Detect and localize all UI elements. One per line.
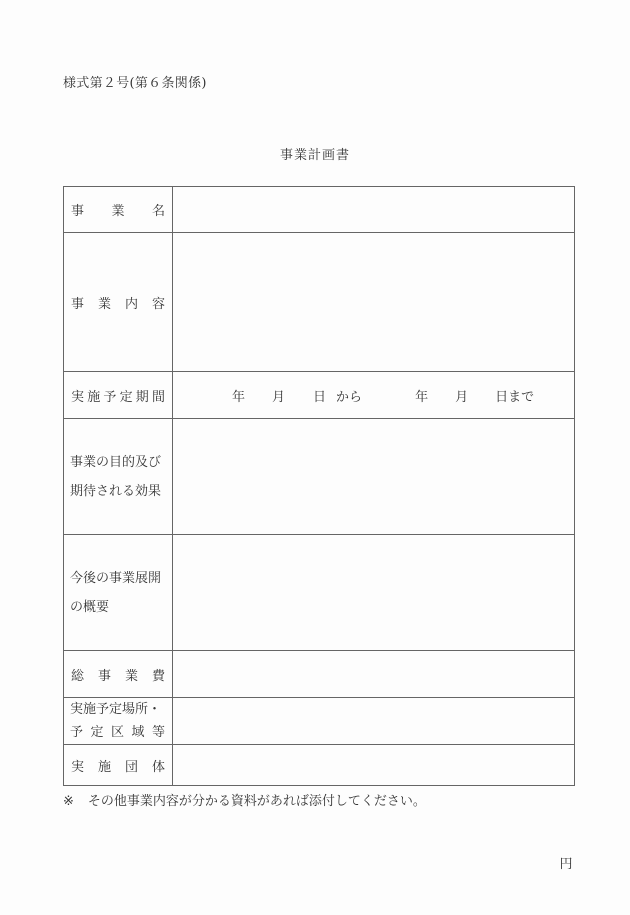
label-purpose: 事業の目的及び 期待される効果 <box>64 419 173 535</box>
label-char: 期 <box>136 386 149 405</box>
row-purpose: 事業の目的及び 期待される効果 <box>64 419 575 535</box>
reference-mark-icon: ※ <box>63 794 74 809</box>
label-line: 今後の事業展開 <box>70 564 166 593</box>
label-char: 実 <box>71 386 84 405</box>
field-organization[interactable] <box>173 745 575 786</box>
label-char: 事 <box>71 293 84 312</box>
label-char: 定 <box>90 721 103 744</box>
label-char: 名 <box>152 200 165 219</box>
label-char: 体 <box>152 756 165 775</box>
field-total-cost[interactable]: 円 <box>173 651 575 698</box>
label-char: 区 <box>111 721 124 744</box>
label-line: 実施予定場所・ <box>70 698 166 721</box>
yen-unit: 円 <box>560 853 573 872</box>
label-char: 容 <box>152 293 165 312</box>
label-line: の概要 <box>70 593 166 622</box>
field-location[interactable] <box>173 698 575 745</box>
label-char: 事 <box>71 200 84 219</box>
row-period: 実 施 予 定 期 間 年 月 日 から 年 月 日まで <box>64 372 575 419</box>
to-year: 年 <box>415 386 428 405</box>
from-month: 月 <box>272 386 285 405</box>
field-period[interactable]: 年 月 日 から 年 月 日まで <box>173 372 575 419</box>
to-month: 月 <box>455 386 468 405</box>
label-project-name: 事 業 名 <box>64 187 173 233</box>
footnote-text: その他事業内容が分かる資料があれば添付してください。 <box>88 794 426 809</box>
label-project-content: 事 業 内 容 <box>64 233 173 372</box>
row-location: 実施予定場所・ 予 定 区 域 等 <box>64 698 575 745</box>
from-year: 年 <box>232 386 245 405</box>
row-total-cost: 総 事 業 費 円 <box>64 651 575 698</box>
from-day: 日 <box>313 386 326 405</box>
document-title: 事業計画書 <box>0 144 630 163</box>
label-char: 定 <box>120 386 133 405</box>
row-future-plan: 今後の事業展開 の概要 <box>64 535 575 651</box>
label-total-cost: 総 事 業 費 <box>64 651 173 698</box>
row-project-content: 事 業 内 容 <box>64 233 575 372</box>
field-future-plan[interactable] <box>173 535 575 651</box>
field-project-content[interactable] <box>173 233 575 372</box>
label-char: 業 <box>125 665 138 684</box>
label-char: 間 <box>152 386 165 405</box>
to-day: 日まで <box>495 386 534 405</box>
business-plan-table: 事 業 名 事 業 内 容 実 施 予 定 期 間 <box>63 186 575 786</box>
form-number: 様式第２号(第６条関係) <box>63 72 207 91</box>
label-char: 費 <box>152 665 165 684</box>
label-char: 実 <box>71 756 84 775</box>
label-location: 実施予定場所・ 予 定 区 域 等 <box>64 698 173 745</box>
row-project-name: 事 業 名 <box>64 187 575 233</box>
label-char: 域 <box>131 721 144 744</box>
label-organization: 実 施 団 体 <box>64 745 173 786</box>
label-char: 等 <box>152 721 165 744</box>
from-suffix: から <box>336 386 362 405</box>
label-char: 施 <box>87 386 100 405</box>
label-char: 業 <box>111 200 124 219</box>
label-char: 施 <box>98 756 111 775</box>
label-line: 事業の目的及び <box>70 448 166 477</box>
label-char: 業 <box>98 293 111 312</box>
label-char: 総 <box>71 665 84 684</box>
label-period: 実 施 予 定 期 間 <box>64 372 173 419</box>
label-char: 事 <box>98 665 111 684</box>
footnote: ※その他事業内容が分かる資料があれば添付してください。 <box>63 790 426 809</box>
row-organization: 実 施 団 体 <box>64 745 575 786</box>
field-purpose[interactable] <box>173 419 575 535</box>
label-char: 団 <box>125 756 138 775</box>
label-future-plan: 今後の事業展開 の概要 <box>64 535 173 651</box>
label-line: 期待される効果 <box>70 477 166 506</box>
label-char: 内 <box>125 293 138 312</box>
field-project-name[interactable] <box>173 187 575 233</box>
label-char: 予 <box>70 721 83 744</box>
label-char: 予 <box>103 386 116 405</box>
